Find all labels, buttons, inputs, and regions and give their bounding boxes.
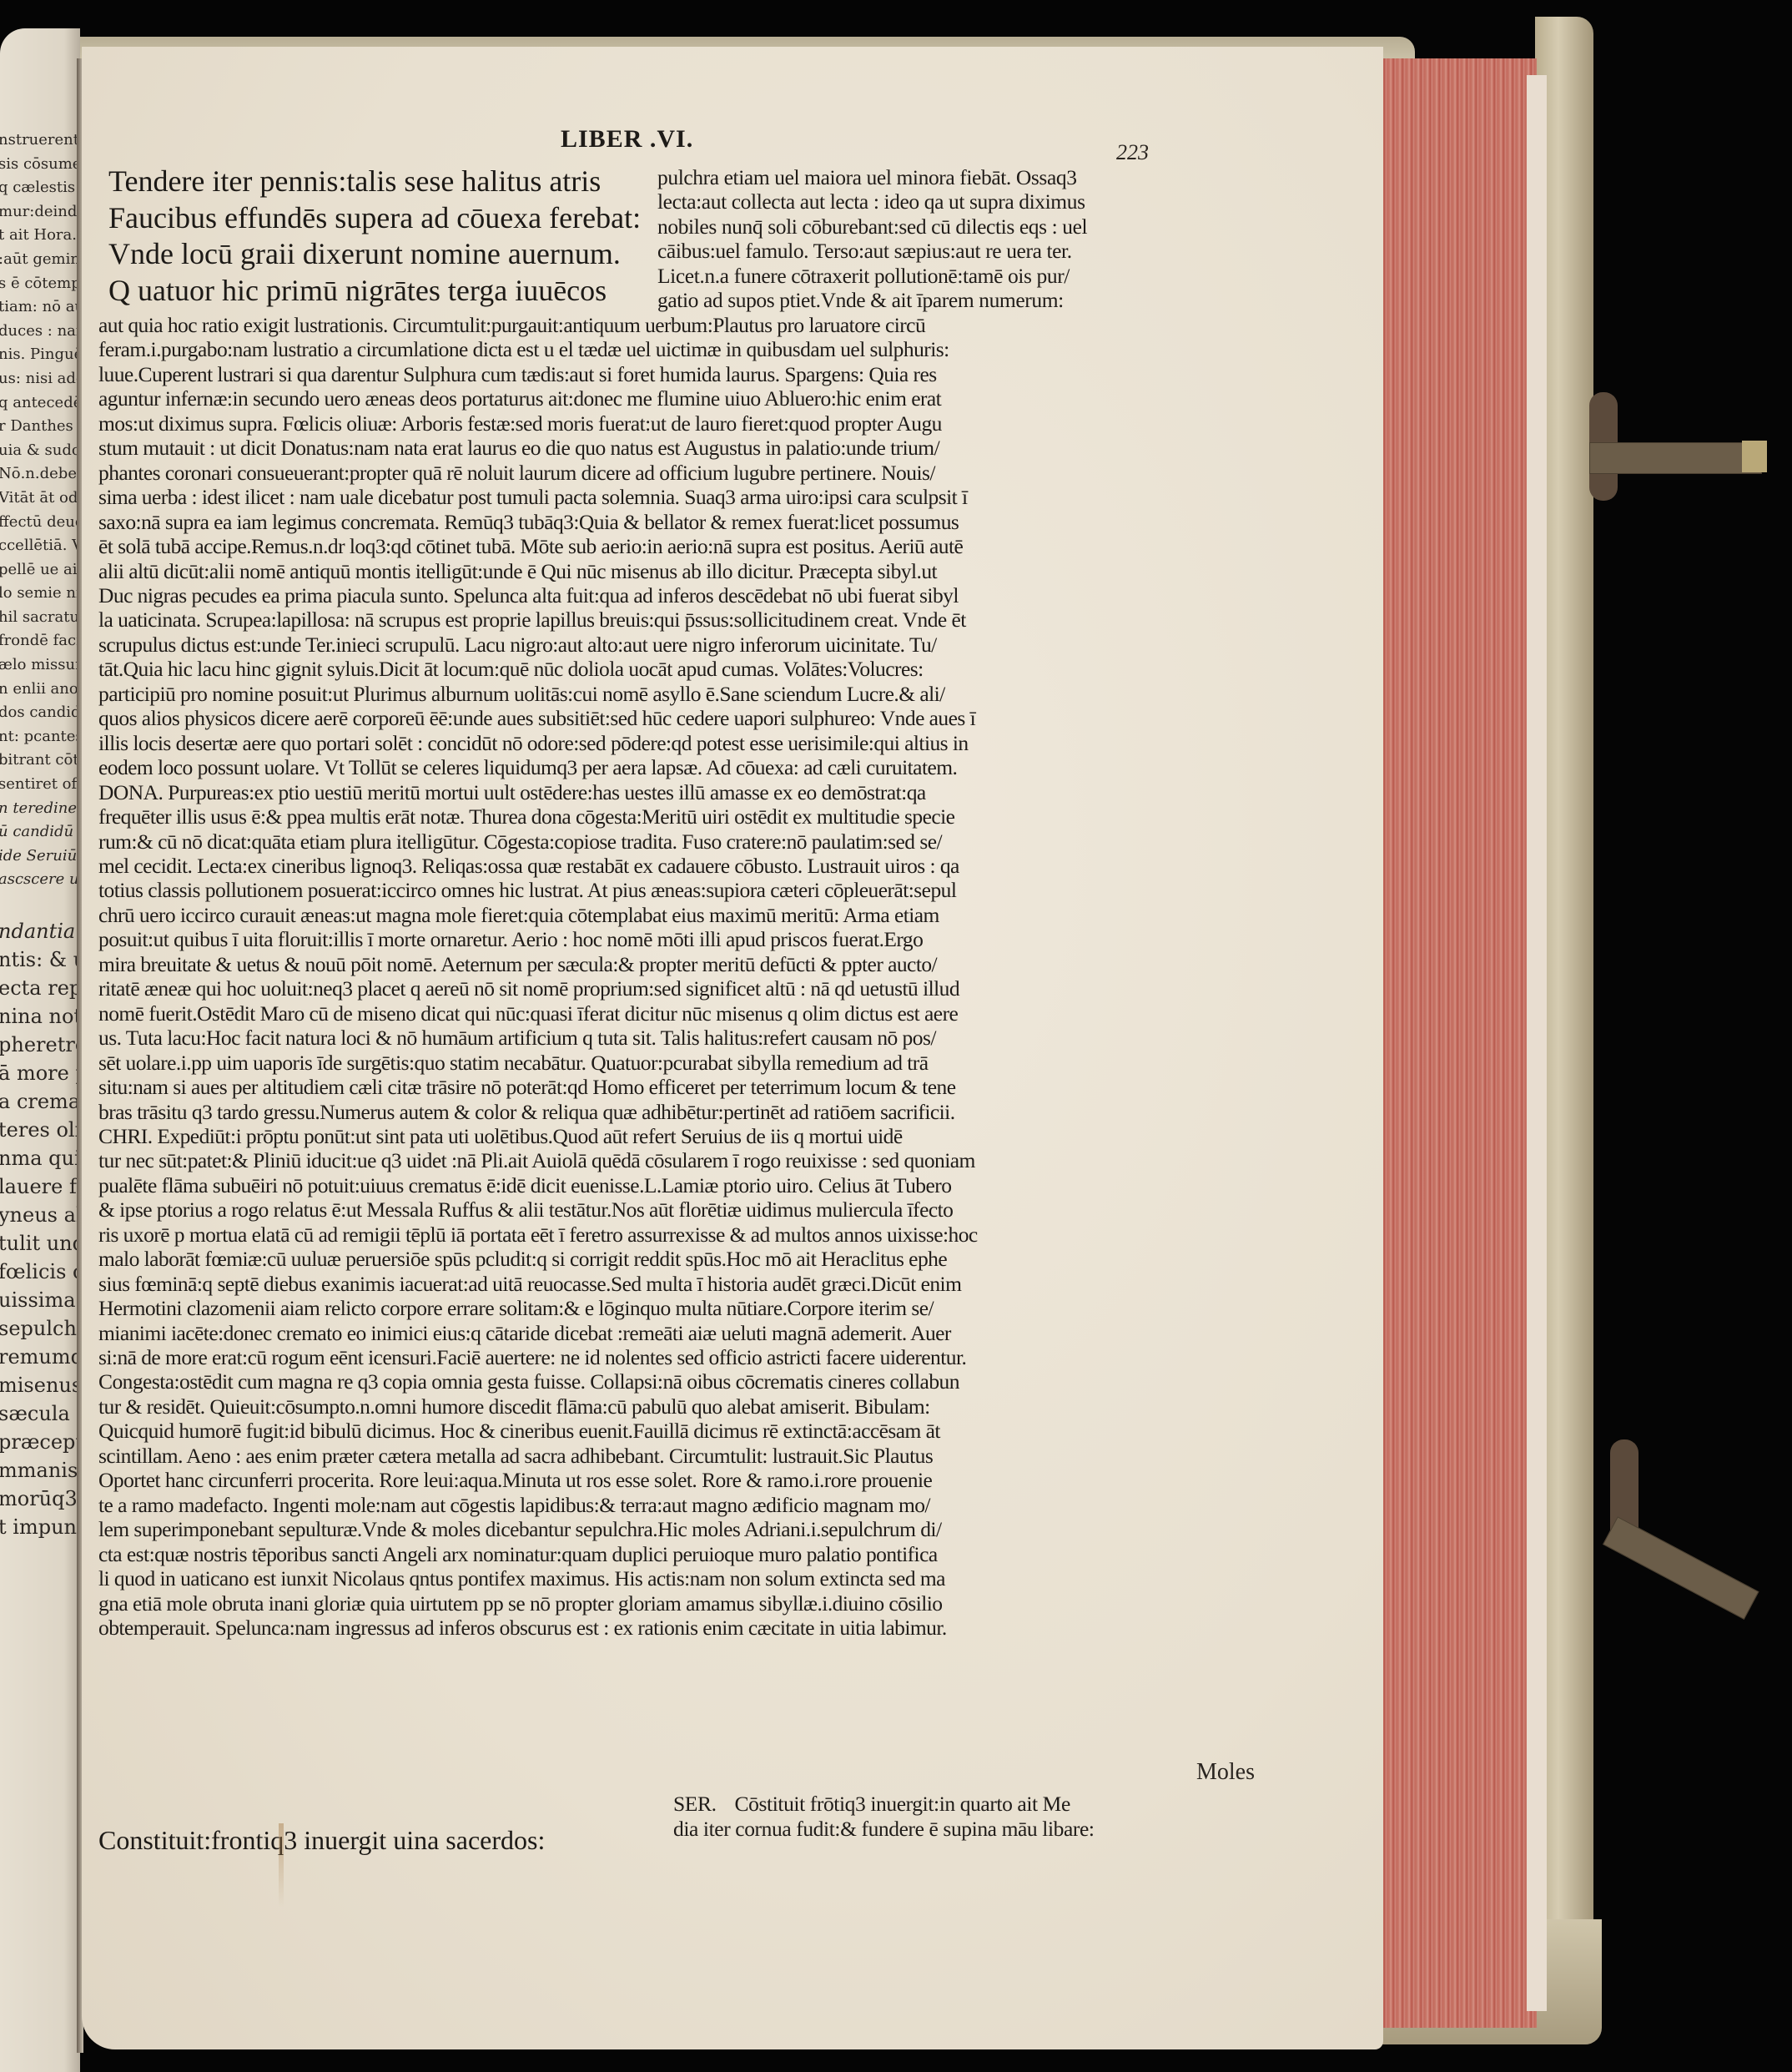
commentary-line: nobiles nunq̄ soli cōburebant:sed cū dil… [657,214,1200,239]
commentary-line: mel cecidit. Lecta:ex cineribus lignoq3.… [98,854,1201,878]
left-page-line: Vitāt āt odorē auer [0,486,78,511]
commentary-line: cāibus:uel famulo. Terso:aut sæpius:aut … [657,239,1200,263]
left-page-verse-line: yneus aheno [0,1201,78,1229]
commentary-line: ris uxorē p mortua elatā cū ad remigii t… [98,1223,1201,1247]
left-page-verse-line: morūq3 tenebris [0,1485,78,1513]
commentary-line: Oportet hanc circunferri procerita. Rore… [98,1468,1201,1492]
commentary-line: tāt.Quia hic lacu hinc gignit syluis.Dic… [98,657,1201,681]
left-page-verse-line: lauere fauillam [0,1172,78,1201]
commentator-label: SER. [673,1792,717,1816]
commentary-line: scintillam. Aeno : aes enim præter cæter… [98,1444,1201,1468]
commentary-line: obtemperauit. Spelunca:nam ingressus ad … [98,1616,1201,1640]
commentary-line: SER.Cōstituit frōtiq3 inuergit:in quarto… [673,1792,1207,1817]
left-page-verse-line: sepulchrum [0,1314,78,1343]
commentary-line: pulchra etiam uel maiora uel minora fieb… [657,165,1200,189]
commentary-line: phantes coronari consueuerant:propter qu… [98,461,1201,485]
commentary-line: nomē fuerit.Ostēdit Maro cū de miseno di… [98,1001,1201,1026]
commentary-line: rum:& cū nō dicat:quāta etiam plura itel… [98,829,1201,854]
left-page-line: q antecedētia recte [0,391,78,416]
left-page-gap [0,892,78,917]
left-page-line: ffectū deueniunt ad [0,511,78,535]
left-page-verse-line: ecta reponūt [0,974,78,1002]
left-page-line: n teredinem sentiō. [0,797,78,821]
left-page-line: ælo missum putant: [0,653,78,678]
left-page-verse-line: t impune uolās [0,1513,78,1541]
commentary-line: pualēte flāma subuēiri nō potuit:uiuus c… [98,1173,1201,1197]
left-page-line: sis cōsumebāt. [0,153,78,177]
commentary-line: cta est:quæ nostris tēporibus sancti Ang… [98,1542,1201,1566]
left-page-line: n enlii anoriq pri [0,678,78,702]
left-page-line: q cælestis est da/ [0,176,78,200]
commentary-line: sēt uolare.i.pp uim uaporis īde surgētis… [98,1051,1201,1075]
red-stained-fore-edge [1377,58,1537,2028]
commentary-line: illis locis desertæ aere quo portari sol… [98,731,1201,755]
left-page-line: uia & sudoris ple [0,439,78,463]
marginal-note: Moles [1196,1759,1255,1786]
left-page-line: us: nisi adesset ar [0,367,78,391]
commentary-line: saxo:nā supra ea iam legimus concremata.… [98,510,1201,534]
left-page-edge: nstruerent: sedsis cōsumebāt.q cælestis … [0,28,80,2072]
running-head: LIBER .VI. [561,125,693,154]
left-page-line: r Danthes expō [0,415,78,439]
commentary-line: us. Tuta lacu:Hoc facit natura loci & nō… [98,1026,1201,1050]
commentary-line: sima uerba : idest ilicet : nam uale dic… [98,485,1201,509]
commentary-line: Congesta:ostēdit cum magna re q3 copia o… [98,1369,1201,1394]
left-page-text-column: nstruerent: sedsis cōsumebāt.q cælestis … [0,129,78,1541]
left-page-line: hil sacratus habent [0,606,78,630]
commentary-line: posuit:ut quibus ī uita floruit:illis ī … [98,927,1201,951]
left-page-verse-line: præcepta sibyllæ: [0,1428,78,1456]
commentary-line: mira breuitate & uetus & nouū pōit nomē.… [98,952,1201,976]
clasp-strap-lower [1603,1516,1759,1620]
left-page-verse-line: ndantia flāmis [0,917,78,945]
commentary-line: luue.Cuperent lustrari si qua darentur S… [98,362,1201,386]
left-page-line: ide Seruiū:sed & ad [0,844,78,869]
left-page-line: pellē ue aialis est ui [0,558,78,582]
verse-line: Vnde locū graii dixerunt nomine auernum. [108,236,659,273]
commentary-line: si:nā de more erat:cū rogum eēnt icensur… [98,1345,1201,1369]
commentary-line: totius classis pollutionem posuerat:icci… [98,878,1201,902]
commentary-line: tur nec sūt:patet:& Pliniū iducit:ue q3 … [98,1148,1201,1172]
commentary-line: gatio ad supos ptiet.Vnde & ait īparem n… [657,288,1200,312]
left-page-verse-line: pheretro [0,1031,78,1059]
commentary-line: DONA. Purpureas:ex ptio uestiū meritū mo… [98,780,1201,804]
left-page-line: ū candidū ē & iocū [0,820,78,844]
left-page-verse-line: ā more patēm [0,1059,78,1087]
left-page-line: frondē facit. Vnde [0,629,78,653]
commentary-line: chrū uero iccirco curauit æneas:ut magna… [98,903,1201,927]
commentary-line: aguntur infernæ:in secundo uero æneas de… [98,386,1201,411]
left-page-line: Nō.n.debet amori [0,462,78,486]
left-page-verse-line: ntis: & ungūt [0,945,78,974]
folio-number: 223 [1116,140,1149,165]
commentary-line: mos:ut diximus supra. Fœlicis oliuæ: Arb… [98,411,1201,436]
commentary-line: CHRI. Expediūt:i prōptu ponūt:ut sint pa… [98,1124,1201,1148]
left-page-verse-line: nina nota [0,1002,78,1031]
commentary-line: feram.i.purgabo:nam lustratio a circumla… [98,337,1201,361]
left-page-line: ccellētiā. Viscū:neu [0,534,78,558]
left-page-verse-line: remumq3 tubāq3 [0,1343,78,1371]
commentary-line: & ipse ptorius a rogo relatus ē:ut Messa… [98,1197,1201,1222]
commentary-line: ritatē æneæ qui hoc uoluit:neq3 placet q… [98,976,1201,1001]
left-page-verse-line: sæcula nomen: [0,1399,78,1428]
commentary-line: li quod in uaticano est iunxit Nicolaus … [98,1566,1201,1591]
left-page-line: :aūt geminas co [0,248,78,272]
left-page-line: mur:deinde cæ/ [0,200,78,224]
clasp-tip-upper [1742,441,1767,472]
commentary-line: Quicquid humorē fugit:id bibulū dicimus.… [98,1419,1201,1443]
commentary-line: eodem loco possunt uolare. Vt Tollūt se … [98,755,1201,779]
commentary-line: scrupulus dictus est:unde Ter.inieci scr… [98,633,1201,657]
commentary-line: sius fœminā:q septē diebus exanimis iacu… [98,1272,1201,1296]
left-page-line: duces : nam fru [0,320,78,344]
left-page-line: lo semie nisi in aluo [0,582,78,606]
verse-line: Tendere iter pennis:talis sese halitus a… [108,164,659,200]
left-page-line: nt: pcantes ut sanum [0,725,78,749]
verse-line-bottom: Constituit:frontiq3 inuergit uina sacerd… [98,1825,545,1856]
paper-stain [279,1823,284,1907]
commentary-line: la uaticinata. Scrupea:lapillosa: nā scr… [98,607,1201,632]
left-page-verse-line: fœlicis oliuæ [0,1258,78,1286]
commentary-line: aut quia hoc ratio exigit lustrationis. … [98,313,1201,337]
commentary-line: quos alios physicos dicere aerē corporeū… [98,706,1201,730]
commentary-line: malo laborāt fœmiæ:cū uuluæ peruersiōe s… [98,1247,1201,1271]
verse-line: Faucibus effundēs supera ad cōuexa fereb… [108,200,659,237]
commentary-line: lem superimponebant sepulturæ.Vnde & mol… [98,1517,1201,1541]
left-page-line: tiam: nō autem [0,295,78,320]
left-page-line: bitrant cōtraq pene [0,749,78,773]
left-page-verse-line: mmanis hiatu [0,1456,78,1485]
left-page-verse-line: a cremantur [0,1087,78,1116]
verse-block-top: Tendere iter pennis:talis sese halitus a… [108,164,659,309]
left-page-line: nstruerent: sed [0,129,78,153]
clasp-strap-upper [1589,442,1762,474]
commentary-line: alii altū dicūt:alii nomē antiquū montis… [98,559,1201,583]
commentary-line: lecta:aut collecta aut lecta : ideo qa u… [657,189,1200,214]
commentary-line: te a ramo madefacto. Ingenti mole:nam au… [98,1493,1201,1517]
commentary-line: situ:nam si aues per altitudiem cæli cit… [98,1075,1201,1099]
commentary-line: participiū pro nomine posuit:ut Plurimus… [98,682,1201,706]
commentary-line: ēt solā tubā accipe.Remus.n.dr loq3:qd c… [98,534,1201,558]
commentary-line: Licet.n.a funere cōtraxerit pollutionē:t… [657,264,1200,288]
left-page-line: t ait Hora. He [0,224,78,248]
commentary-line: stum mutauit : ut dicit Donatus:nam nata… [98,436,1201,460]
left-page-verse-line: teres oliuo. [0,1116,78,1144]
left-page-verse-line: nma quieuit [0,1144,78,1172]
left-page-line: ascscere ualeamus. [0,868,78,892]
left-page-verse-line: misenus ab illo [0,1371,78,1399]
left-page-line: nis. Pinguē:quo [0,343,78,367]
left-page-verse-line: uissima uerba. [0,1286,78,1314]
commentary-bottom: SER.Cōstituit frōtiq3 inuergit:in quarto… [673,1792,1207,1842]
left-page-line: s ē cōtemplatiu [0,272,78,296]
left-page-line: sentiret officia tune [0,773,78,797]
left-page-verse-line: tulit unda [0,1229,78,1258]
left-page-line: dos candida ueste cul [0,701,78,725]
pale-page-edge [1527,75,1547,2011]
commentary-line: bras trāsitu q3 tardo gressu.Numerus aut… [98,1100,1201,1124]
commentary-line: gna etiā mole obruta inani gloriæ quia u… [98,1591,1201,1616]
commentary-right-top: pulchra etiam uel maiora uel minora fieb… [657,165,1200,312]
commentary-line: dia iter cornua fudit:& fundere ē supina… [673,1817,1207,1842]
commentary-line: mianimi iacēte:donec cremato eo inimici … [98,1321,1201,1345]
commentary-line: frequēter illis usus ē:& ppea multis erā… [98,804,1201,829]
commentary-line: Hermotini clazomenii aiam relicto corpor… [98,1296,1201,1320]
commentary-main: aut quia hoc ratio exigit lustrationis. … [98,313,1201,1640]
commentary-line: tur & residēt. Quieuit:cōsumpto.n.omni h… [98,1394,1201,1419]
commentary-line: Duc nigras pecudes ea prima piacula sunt… [98,583,1201,607]
verse-line: Q uatuor hic primū nigrātes terga iuuēco… [108,273,659,310]
